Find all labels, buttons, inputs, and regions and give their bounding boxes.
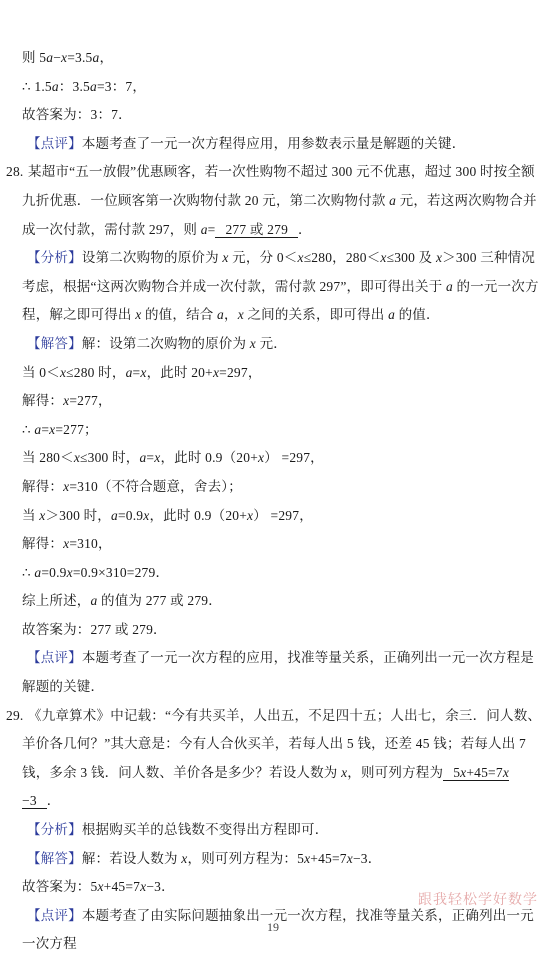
solution-step: 解得：x=277， (22, 387, 546, 416)
prev-solution-line: 则 5a−x=3.5a， (22, 44, 546, 73)
math-text: 当 0＜x≤280 时，a=x，此时 20+x=297， (22, 365, 262, 380)
problem-28-solution-intro: 【解答】解：设第二次购物的原价为 x 元． (22, 330, 546, 359)
answer-blank: 277 或 279 (215, 222, 298, 238)
problem-text: ． (298, 222, 312, 237)
problem-28-analysis: 【分析】设第二次购物的原价为 x 元，分 0＜x≤280，280＜x≤300 及… (22, 244, 546, 330)
solution-step: 解得：x=310（不符合题意，舍去）； (22, 473, 546, 502)
comment-label: 【点评】 (27, 136, 82, 151)
math-text: 故答案为：5x+45=7x−3． (22, 879, 175, 894)
solution-step: 解得：x=310， (22, 530, 546, 559)
solve-label: 【解答】 (27, 336, 82, 351)
math-text: ∴ a=x=277； (22, 422, 98, 437)
solution-step: 当 280＜x≤300 时，a=x，此时 0.9（20+x） =297， (22, 444, 546, 473)
prev-answer-line: 故答案为：3：7． (22, 101, 546, 130)
math-text: 故答案为：277 或 279． (22, 622, 167, 637)
analysis-label: 【分析】 (27, 822, 82, 837)
math-text: 当 x＞300 时，a=0.9x，此时 0.9（20+x） =297， (22, 508, 313, 523)
problem-29-analysis: 【分析】根据购买羊的总钱数不变得出方程即可． (22, 816, 546, 845)
page-number: 19 (0, 920, 546, 935)
comment-text: 本题考查了一元一次方程的应用，找准等量关系，正确列出一元一次方程是解题的关键． (22, 650, 534, 694)
math-text: 解得：x=310（不符合题意，舍去）； (22, 479, 242, 494)
math-text: 当 280＜x≤300 时，a=x，此时 0.9（20+x） =297， (22, 450, 324, 465)
prev-solution-line: ∴ 1.5a：3.5a=3：7， (22, 73, 546, 102)
solution-step: 当 x＞300 时，a=0.9x，此时 0.9（20+x） =297， (22, 502, 546, 531)
problem-28-statement: 28.某超市“五一放假”优惠顾客，若一次性购物不超过 300 元不优惠，超过 3… (22, 158, 546, 244)
math-text: ∴ a=0.9x=0.9×310=279． (22, 565, 169, 580)
math-text: 故答案为：3：7． (22, 107, 132, 122)
solution-step: 故答案为：5x+45=7x−3． (22, 873, 546, 902)
solution-text: 解：若设人数为 x，则可列方程为：5x+45=7x−3． (82, 851, 382, 866)
math-text: 则 5a−x=3.5a， (22, 50, 113, 65)
problem-number: 29. (6, 702, 28, 731)
solution-step: 当 0＜x≤280 时，a=x，此时 20+x=297， (22, 359, 546, 388)
problem-29-statement: 29.《九章算术》中记载：“今有共买羊，人出五，不足四十五；人出七，余三．问人数… (22, 702, 546, 816)
solution-step: 综上所述，a 的值为 277 或 279． (22, 587, 546, 616)
problem-29-solution: 【解答】解：若设人数为 x，则可列方程为：5x+45=7x−3． (22, 845, 546, 874)
analysis-text: 根据购买羊的总钱数不变得出方程即可． (82, 822, 329, 837)
problem-28-comment: 【点评】本题考查了一元一次方程的应用，找准等量关系，正确列出一元一次方程是解题的… (22, 644, 546, 701)
math-text: ∴ 1.5a：3.5a=3：7， (22, 79, 146, 94)
solve-label: 【解答】 (27, 851, 82, 866)
solution-step: 故答案为：277 或 279． (22, 616, 546, 645)
problem-text: ． (47, 793, 61, 808)
problem-number: 28. (6, 158, 28, 187)
solution-text: 解：设第二次购物的原价为 x 元． (82, 336, 287, 351)
analysis-label: 【分析】 (27, 250, 82, 265)
math-text: 解得：x=310， (22, 536, 112, 551)
analysis-text: 设第二次购物的原价为 x 元，分 0＜x≤280，280＜x≤300 及 x＞3… (22, 250, 539, 322)
solution-step: ∴ a=0.9x=0.9×310=279． (22, 559, 546, 588)
math-text: 解得：x=277， (22, 393, 112, 408)
math-text: 综上所述，a 的值为 277 或 279． (22, 593, 222, 608)
prev-comment-paragraph: 【点评】本题考查了一元一次方程得应用，用参数表示量是解题的关键． (22, 130, 546, 159)
comment-text: 本题考查了一元一次方程得应用，用参数表示量是解题的关键． (82, 136, 466, 151)
comment-label: 【点评】 (27, 650, 82, 665)
document-page: 则 5a−x=3.5a， ∴ 1.5a：3.5a=3：7， 故答案为：3：7． … (0, 0, 550, 977)
solution-step: ∴ a=x=277； (22, 416, 546, 445)
